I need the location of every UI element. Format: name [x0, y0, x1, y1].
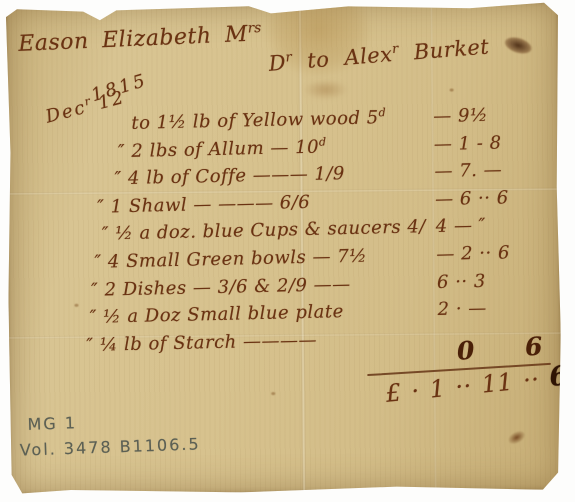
brown-spot: [506, 428, 527, 446]
item-text: ″ 1 Shawl — ——— 6/6: [97, 192, 310, 218]
item-amount: — 7. —: [434, 159, 546, 183]
item-superscript: d: [378, 106, 385, 119]
ink-blotch: [503, 34, 534, 57]
paper-speck: [74, 304, 78, 307]
item-amount: — 9½: [433, 103, 545, 127]
archive-reference-line2: Vol. 3478 B1106.5: [19, 434, 200, 459]
item-amount: — 6 ·· 6: [435, 186, 547, 210]
debtor-line: Dr to Alexr Burket: [268, 35, 490, 76]
item-text: ″ 4 lb of Coffe ——— 1/9: [114, 163, 345, 189]
ink-smudge: [303, 79, 349, 99]
subtotal-shillings: 0: [456, 336, 476, 366]
item-amount: 4 — ″: [436, 214, 548, 238]
item-text: ″ 2 Dishes — 3/6 & 2/9 ——: [91, 274, 351, 301]
name-superscript: rs: [247, 20, 261, 37]
debtor-text: to Alex: [291, 42, 393, 74]
item-amount: — 2 ·· 6: [436, 241, 548, 265]
ledger-lines: to 1½ lb of Yellow wood 5d — 9½ ″ 2 lbs …: [81, 102, 551, 361]
debtor-text: Burket: [398, 35, 490, 66]
paper-speck: [271, 392, 275, 395]
scan-background: Eason Elizabeth Mrs Dr to Alexr Burket 1…: [0, 0, 575, 502]
item-text: to 1½ lb of Yellow wood 5: [131, 107, 379, 134]
subtotal-amount: 0 6: [456, 332, 544, 366]
item-amount: 6 ·· 3: [437, 269, 549, 293]
item-amount: — 1 - 8: [434, 131, 546, 155]
account-holder-name: Eason Elizabeth Mrs: [18, 20, 262, 57]
item-superscript: d: [319, 135, 326, 148]
name-text: Eason Elizabeth M: [18, 22, 249, 57]
item-text: ″ 2 lbs of Allum — 10: [118, 136, 320, 162]
receipt-paper: Eason Elizabeth Mrs Dr to Alexr Burket 1…: [6, 2, 562, 495]
total-pence: 6: [548, 360, 570, 393]
item-text: ″ ¼ lb of Starch ————: [86, 329, 317, 355]
pound-sign: £: [384, 378, 402, 407]
subtotal-pence: 6: [524, 332, 544, 362]
item-text: ″ 4 Small Green bowls — 7½: [94, 246, 367, 273]
item-amount: 2 · —: [437, 297, 549, 321]
item-description: to 1½ lb of Yellow wood 5d: [131, 105, 433, 134]
item-text: ″ ½ a Doz Small blue plate: [90, 301, 344, 328]
paper-speck: [450, 89, 454, 92]
total-fraction: ½: [568, 368, 575, 390]
item-text: ″ ½ a doz. blue Cups & saucers 4/: [102, 217, 426, 245]
archive-reference-line1: MG 1: [27, 413, 77, 434]
